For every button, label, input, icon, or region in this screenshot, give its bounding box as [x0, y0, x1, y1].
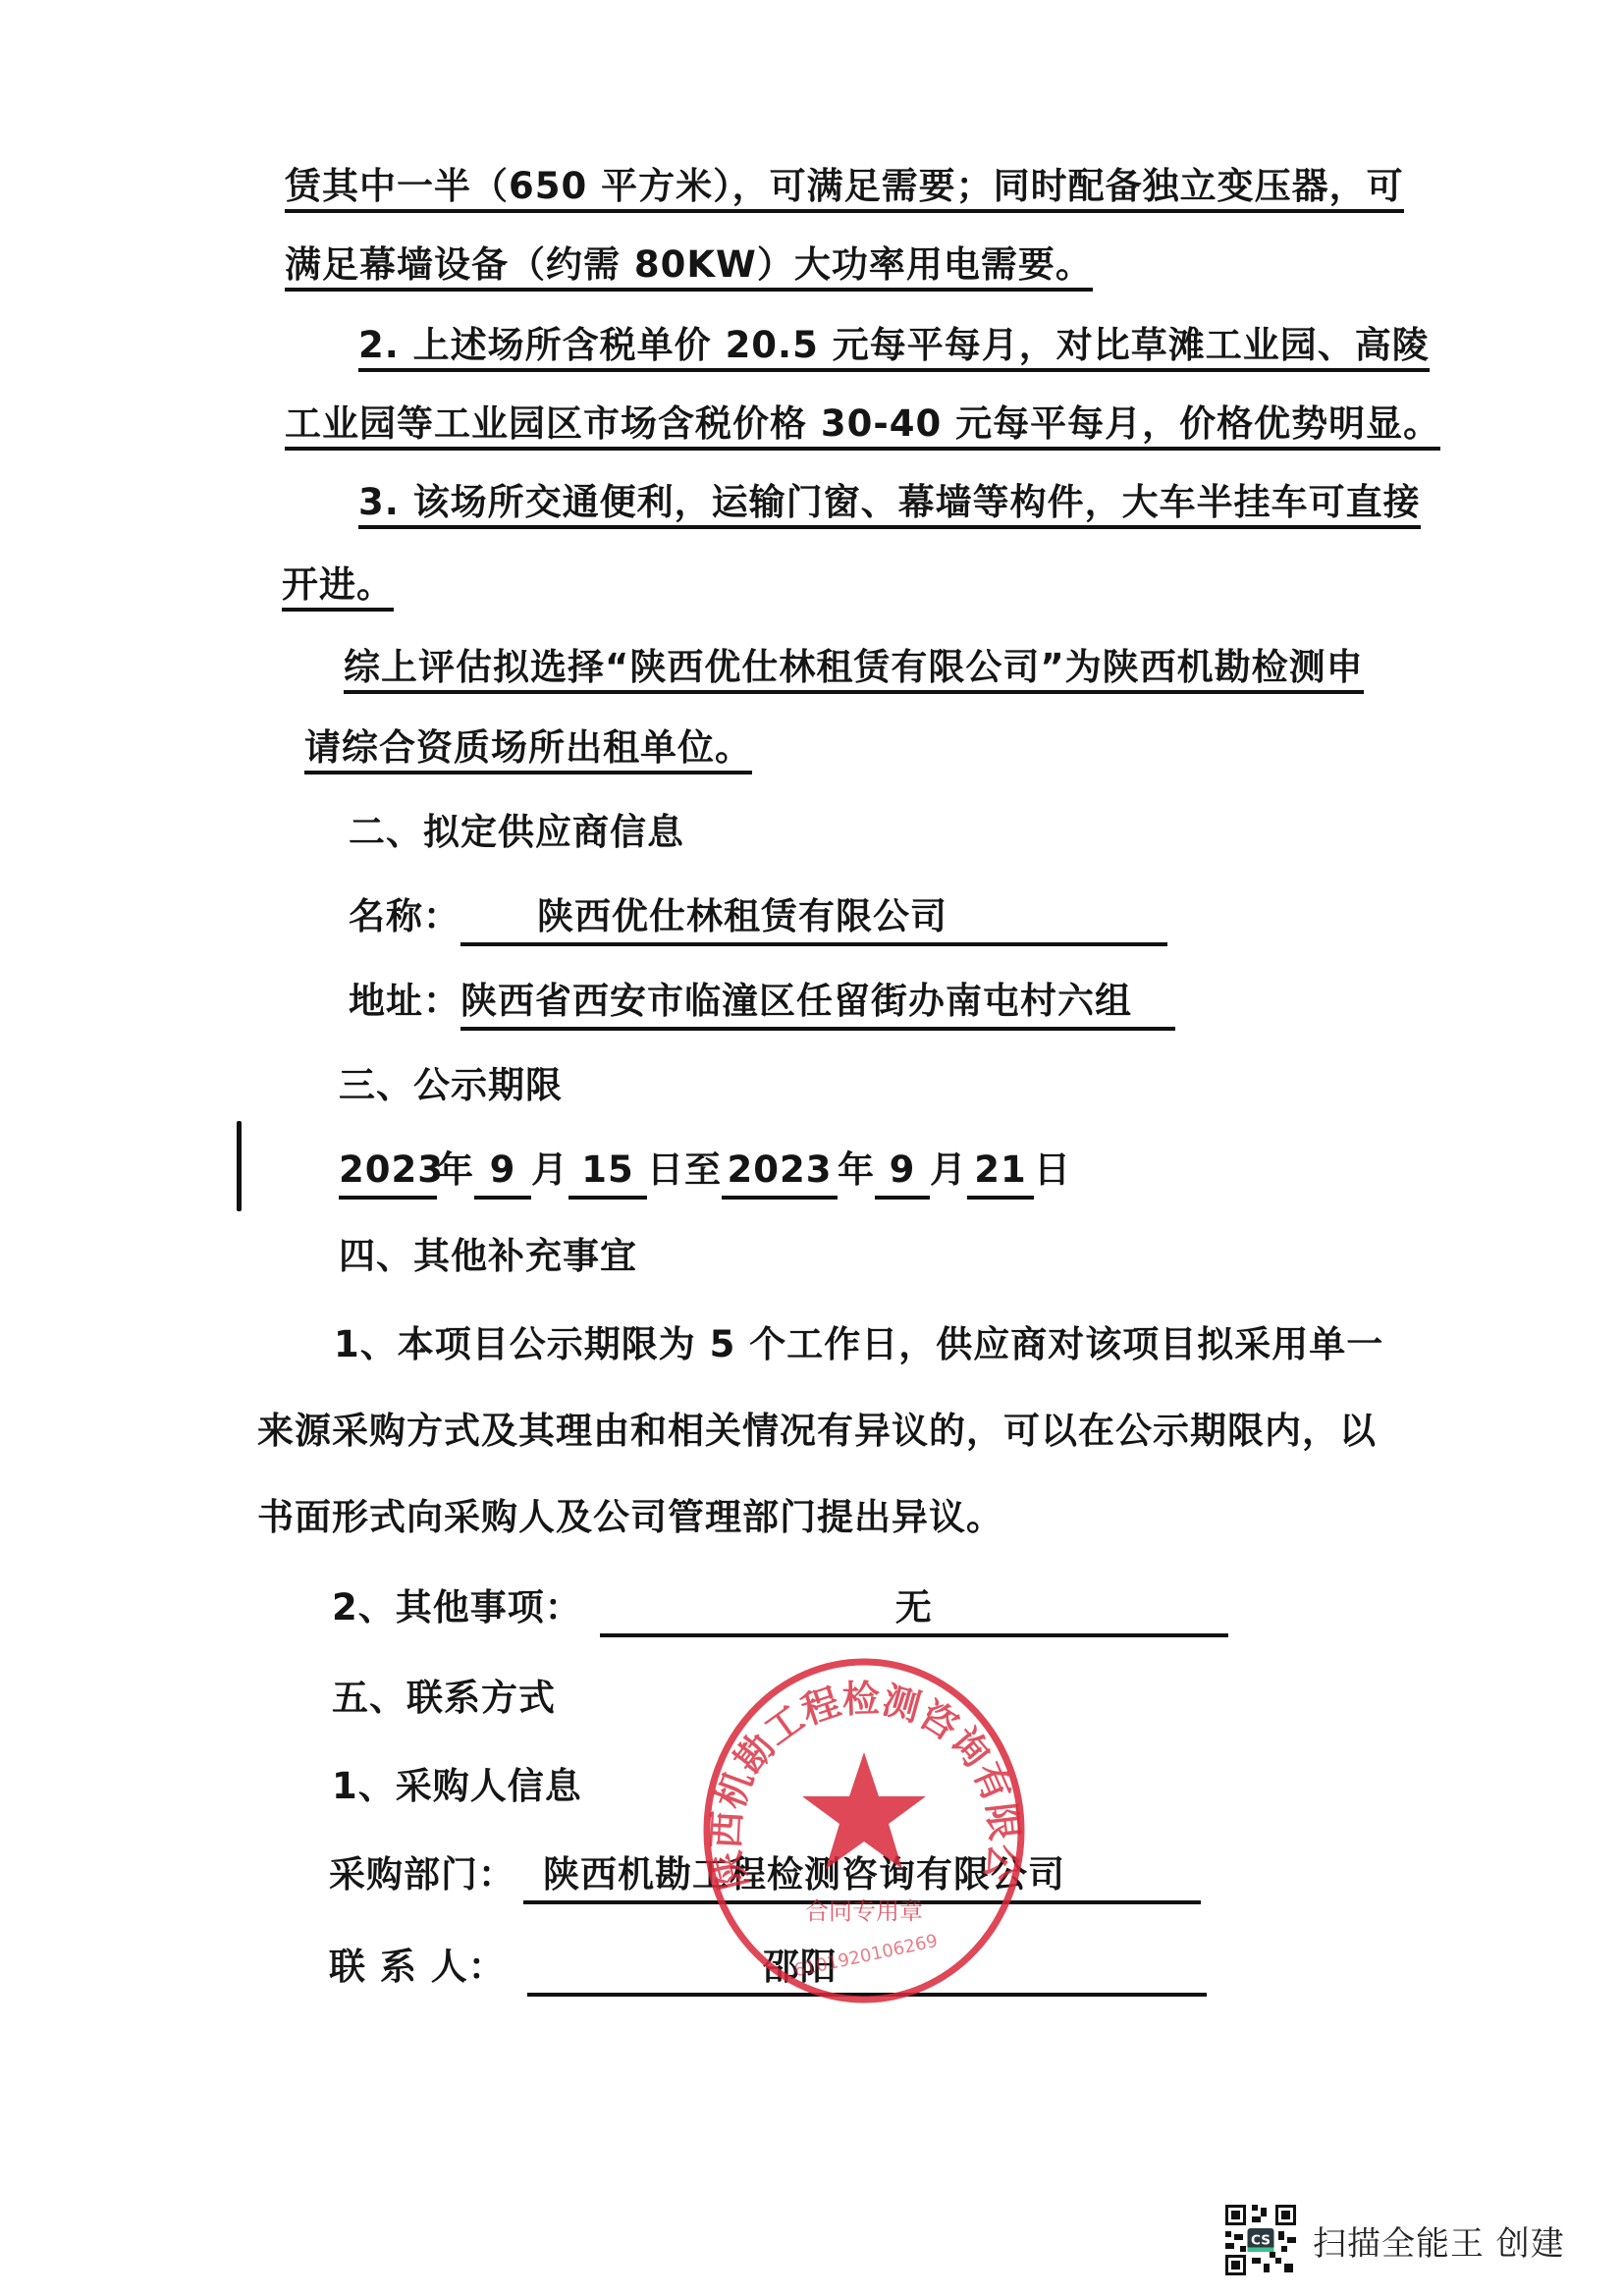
body-line-2: 满足幕墙设备（约需 80KW）大功率用电需要。 — [285, 241, 1093, 289]
svg-text:CS: CS — [1251, 2233, 1271, 2249]
body-line-6: 开进。 — [282, 561, 394, 609]
item1-line-1: 1、本项目公示期限为 5 个工作日，供应商对该项目拟采用单一 — [334, 1321, 1383, 1368]
item1-line-2: 来源采购方式及其理由和相关情况有异议的，可以在公示期限内，以 — [257, 1408, 1377, 1455]
date-range-row: 2023年9月15日至2023年9月21日 — [339, 1147, 1071, 1200]
start-day: 15 — [568, 1147, 647, 1200]
month-char: 月 — [930, 1148, 967, 1191]
underlined-text: 赁其中一半（650 平方米），可满足需要；同时配备独立变压器，可 — [285, 165, 1404, 213]
end-day: 21 — [967, 1147, 1034, 1200]
underlined-text: 3. 该场所交通便利，运输门窗、幕墙等构件，大车半挂车可直接 — [358, 481, 1421, 529]
contact-label: 联 系 人： — [329, 1946, 506, 1988]
to-char: 日至 — [647, 1148, 722, 1191]
month-char: 月 — [531, 1148, 568, 1191]
buyer-dept-label: 采购部门： — [329, 1853, 515, 1896]
scanner-watermark: CS 扫描全能王 创建 — [1222, 2202, 1565, 2278]
body-line-1: 赁其中一半（650 平方米），可满足需要；同时配备独立变压器，可 — [285, 163, 1404, 210]
body-line-3: 2. 上述场所含税单价 20.5 元每平每月，对比草滩工业园、高陵 — [358, 322, 1430, 369]
year-char: 年 — [437, 1148, 474, 1191]
qr-code-icon: CS — [1222, 2202, 1299, 2278]
contact-field: 邵阳 — [527, 1944, 1207, 1997]
section5-heading: 五、联系方式 — [332, 1675, 556, 1722]
supplier-name-row: 名称：陕西优仕林租赁有限公司 — [349, 893, 1167, 946]
underlined-text: 综上评估拟选择“陕西优仕林租赁有限公司”为陕西机勘检测申 — [344, 646, 1364, 694]
body-line-8: 请综合资质场所出租单位。 — [304, 724, 752, 772]
buyer-info-heading: 1、采购人信息 — [332, 1763, 582, 1810]
section2-heading: 二、拟定供应商信息 — [349, 809, 684, 856]
section3-heading: 三、公示期限 — [339, 1062, 563, 1109]
buyer-dept-row: 采购部门：陕西机勘工程检测咨询有限公司 — [329, 1851, 1201, 1904]
supplier-address-row: 地址：陕西省西安市临潼区任留街办南屯村六组 — [349, 978, 1175, 1031]
day-char: 日 — [1034, 1148, 1071, 1191]
body-line-7: 综上评估拟选择“陕西优仕林租赁有限公司”为陕西机勘检测申 — [344, 644, 1364, 691]
underlined-text: 请综合资质场所出租单位。 — [304, 726, 752, 774]
section4-heading: 四、其他补充事宜 — [339, 1233, 637, 1280]
body-line-4: 工业园等工业园区市场含税价格 30-40 元每平每月，价格优势明显。 — [285, 400, 1440, 448]
underlined-text: 开进。 — [282, 563, 394, 612]
supplier-name-label: 名称： — [349, 895, 460, 937]
item1-line-3: 书面形式向采购人及公司管理部门提出异议。 — [257, 1494, 1003, 1541]
underlined-text: 工业园等工业园区市场含税价格 30-40 元每平每月，价格优势明显。 — [285, 402, 1440, 451]
body-line-5: 3. 该场所交通便利，运输门窗、幕墙等构件，大车半挂车可直接 — [358, 479, 1421, 526]
year-char: 年 — [838, 1148, 875, 1191]
underlined-text: 满足幕墙设备（约需 80KW）大功率用电需要。 — [285, 243, 1093, 292]
buyer-dept-value: 陕西机勘工程检测咨询有限公司 — [543, 1853, 1065, 1896]
end-month: 9 — [875, 1147, 930, 1200]
supplier-name-value: 陕西优仕林租赁有限公司 — [537, 895, 947, 937]
supplier-name-field: 陕西优仕林租赁有限公司 — [460, 893, 1167, 946]
start-month: 9 — [474, 1147, 531, 1200]
supplier-address-value: 陕西省西安市临潼区任留街办南屯村六组 — [460, 978, 1175, 1031]
item2-value: 无 — [600, 1584, 1228, 1637]
contact-row: 联 系 人：邵阳 — [329, 1944, 1207, 1997]
margin-mark — [237, 1121, 242, 1211]
underlined-text: 2. 上述场所含税单价 20.5 元每平每月，对比草滩工业园、高陵 — [358, 324, 1430, 372]
start-year: 2023 — [339, 1147, 437, 1200]
buyer-dept-field: 陕西机勘工程检测咨询有限公司 — [523, 1851, 1201, 1904]
end-year: 2023 — [722, 1147, 838, 1200]
item2-row: 2、其他事项：无 — [332, 1584, 1228, 1637]
item2-label: 2、其他事项： — [332, 1586, 582, 1629]
contact-value: 邵阳 — [763, 1946, 838, 1988]
watermark-text: 扫描全能王 创建 — [1313, 2216, 1565, 2265]
supplier-address-label: 地址： — [349, 980, 460, 1022]
